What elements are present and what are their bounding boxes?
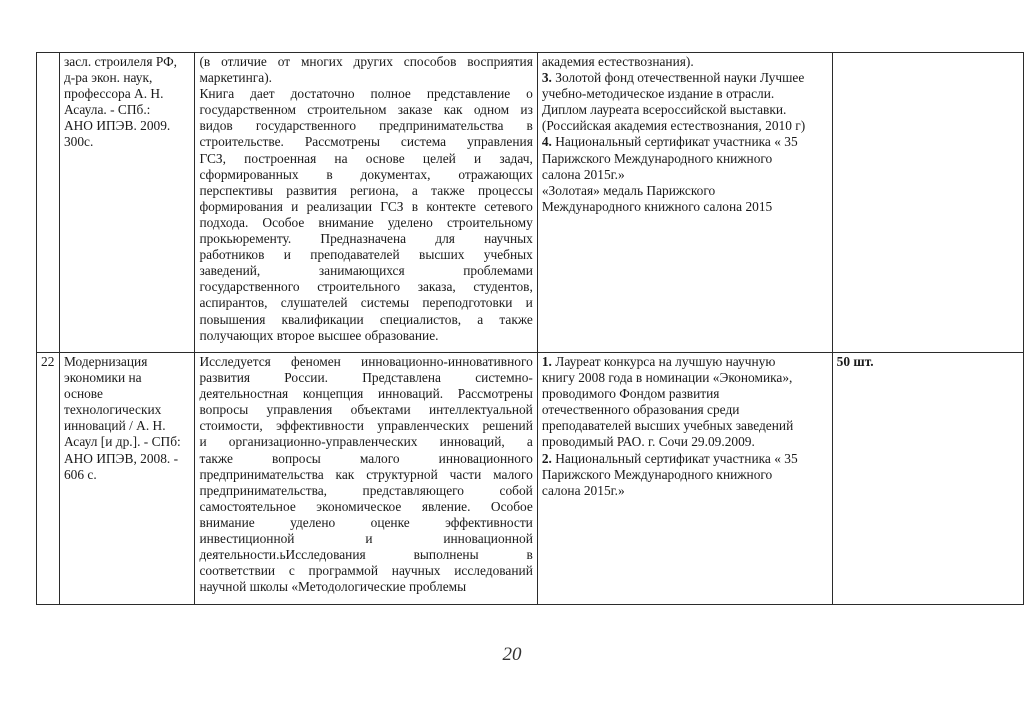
text-line: и организационно-управленческих инноваци… — [199, 434, 532, 450]
text-line: основе — [64, 386, 190, 402]
quantity-cell: 50 шт. — [832, 353, 1023, 605]
text-line: АНО ИПЭВ. 2009. — [64, 118, 190, 134]
quantity-cell — [832, 53, 1023, 353]
text-line: (в отличие от многих других способов вос… — [199, 54, 532, 70]
quantity: 50 шт. — [837, 354, 874, 369]
text-line: аспирантов, слушателей системы переподго… — [199, 295, 532, 311]
text-line: технологических — [64, 402, 190, 418]
text-line: инвестиционной и инновационной — [199, 531, 532, 547]
award-number: 3. — [542, 70, 552, 85]
text-line: государственном строительном заказе как … — [199, 102, 532, 118]
text-line: Модернизация — [64, 354, 190, 370]
award-line: салона 2015г.» — [542, 167, 828, 183]
text-line: предпринимательства, представляющего соб… — [199, 483, 532, 499]
text-line: внимание уделено оценке эффективности — [199, 515, 532, 531]
award-line: 2. Национальный сертификат участника « 3… — [542, 451, 828, 467]
book-title: засл. строилеля РФ,д-ра экон. наук,профе… — [64, 54, 190, 151]
text-line: заведений, занимающихся проблемами — [199, 263, 532, 279]
books-table: засл. строилеля РФ,д-ра экон. наук,профе… — [36, 52, 1024, 605]
award-line: Диплом лауреата всероссийской выставки. — [542, 102, 828, 118]
text-line: прокьюременту. Предназначена для научных — [199, 231, 532, 247]
text-line: формирования и реализации ГСЗ в контекте… — [199, 199, 532, 215]
text-line: Асаул [и др.]. - СПб: — [64, 434, 190, 450]
award-number: 2. — [542, 451, 552, 466]
award-line: отечественного образования среди — [542, 402, 828, 418]
text-line: предпринимательства как структурной част… — [199, 467, 532, 483]
text-line: вопросы управления объектами интеллектуа… — [199, 402, 532, 418]
text-line: 300с. — [64, 134, 190, 150]
table-row: засл. строилеля РФ,д-ра экон. наук,профе… — [37, 53, 1024, 353]
text-line: ГСЗ, построенная на основе целей и задач… — [199, 151, 532, 167]
award-line: учебно-методическое издание в отрасли. — [542, 86, 828, 102]
text-line: экономики на — [64, 370, 190, 386]
award-line: книгу 2008 года в номинации «Экономика», — [542, 370, 828, 386]
text-line: развития России. Представлена системно- — [199, 370, 532, 386]
book-description: Исследуется феномен инновационно-инноват… — [199, 354, 532, 595]
book-title-cell: засл. строилеля РФ,д-ра экон. наук,профе… — [59, 53, 194, 353]
text-line: также вопросы малого инновационного — [199, 451, 532, 467]
book-title-cell: Модернизацияэкономики наосноветехнологич… — [59, 353, 194, 605]
text-line: АНО ИПЭВ, 2008. - — [64, 451, 190, 467]
text-line: сформированных в документах, отражающих — [199, 167, 532, 183]
book-description: (в отличие от многих других способов вос… — [199, 54, 532, 344]
text-line: перспективы развития региона, а также пр… — [199, 183, 532, 199]
text-line: видов государственного предпринимательст… — [199, 118, 532, 134]
text-line: Асаула. - СПб.: — [64, 102, 190, 118]
award-line: Парижского Международного книжного — [542, 151, 828, 167]
text-line: инноваций / А. Н. — [64, 418, 190, 434]
award-line: академия естествознания). — [542, 54, 828, 70]
row-number-cell: 22 — [37, 353, 60, 605]
text-line: повышения квалификации специалистов, а т… — [199, 312, 532, 328]
text-line: стоимости, эффективности управленческих … — [199, 418, 532, 434]
text-line: строительстве. Рассмотрены система управ… — [199, 134, 532, 150]
award-line: (Российская академия естествознания, 201… — [542, 118, 828, 134]
row-number-cell — [37, 53, 60, 353]
text-line: работников и преподавателей высших учебн… — [199, 247, 532, 263]
award-line: проводимый РАО. г. Сочи 29.09.2009. — [542, 434, 828, 450]
text-line: профессора А. Н. — [64, 86, 190, 102]
description-cell: (в отличие от многих других способов вос… — [195, 53, 537, 353]
award-line: Международного книжного салона 2015 — [542, 199, 828, 215]
text-line: научной школы «Методологические проблемы — [199, 579, 532, 595]
text-line: 606 с. — [64, 467, 190, 483]
awards-list: академия естествознания).3. Золотой фонд… — [542, 54, 828, 215]
award-line: салона 2015г.» — [542, 483, 828, 499]
award-line: «Золотая» медаль Парижского — [542, 183, 828, 199]
text-line: деятельностная концепция инноваций. Расс… — [199, 386, 532, 402]
text-line: подхода. Особое внимание уделено строите… — [199, 215, 532, 231]
text-line: маркетинга). — [199, 70, 532, 86]
row-number: 22 — [41, 354, 54, 369]
award-line: 1. Лауреат конкурса на лучшую научную — [542, 354, 828, 370]
text-line: получающих второе высшее образование. — [199, 328, 532, 344]
award-line: Парижского Международного книжного — [542, 467, 828, 483]
award-number: 4. — [542, 134, 552, 149]
award-number: 1. — [542, 354, 552, 369]
awards-list: 1. Лауреат конкурса на лучшую научнуюкни… — [542, 354, 828, 499]
text-line: государственного строительного заказа, с… — [199, 279, 532, 295]
award-line: проводимого Фондом развития — [542, 386, 828, 402]
text-line: засл. строилеля РФ, — [64, 54, 190, 70]
text-line: Исследуется феномен инновационно-инноват… — [199, 354, 532, 370]
awards-cell: 1. Лауреат конкурса на лучшую научнуюкни… — [537, 353, 832, 605]
text-line: д-ра экон. наук, — [64, 70, 190, 86]
description-cell: Исследуется феномен инновационно-инноват… — [195, 353, 537, 605]
text-line: самостоятельное экономическое явление. О… — [199, 499, 532, 515]
text-line: Книга дает достаточно полное представлен… — [199, 86, 532, 102]
text-line: соответствии с программой научных исслед… — [199, 563, 532, 579]
book-title: Модернизацияэкономики наосноветехнологич… — [64, 354, 190, 483]
page-number: 20 — [0, 644, 1024, 666]
award-line: 4. Национальный сертификат участника « 3… — [542, 134, 828, 150]
text-line: деятельности.ьИсследования выполнены в — [199, 547, 532, 563]
awards-cell: академия естествознания).3. Золотой фонд… — [537, 53, 832, 353]
award-line: 3. Золотой фонд отечественной науки Лучш… — [542, 70, 828, 86]
award-line: преподавателей высших учебных заведений — [542, 418, 828, 434]
table-row: 22 Модернизацияэкономики наосноветехноло… — [37, 353, 1024, 605]
